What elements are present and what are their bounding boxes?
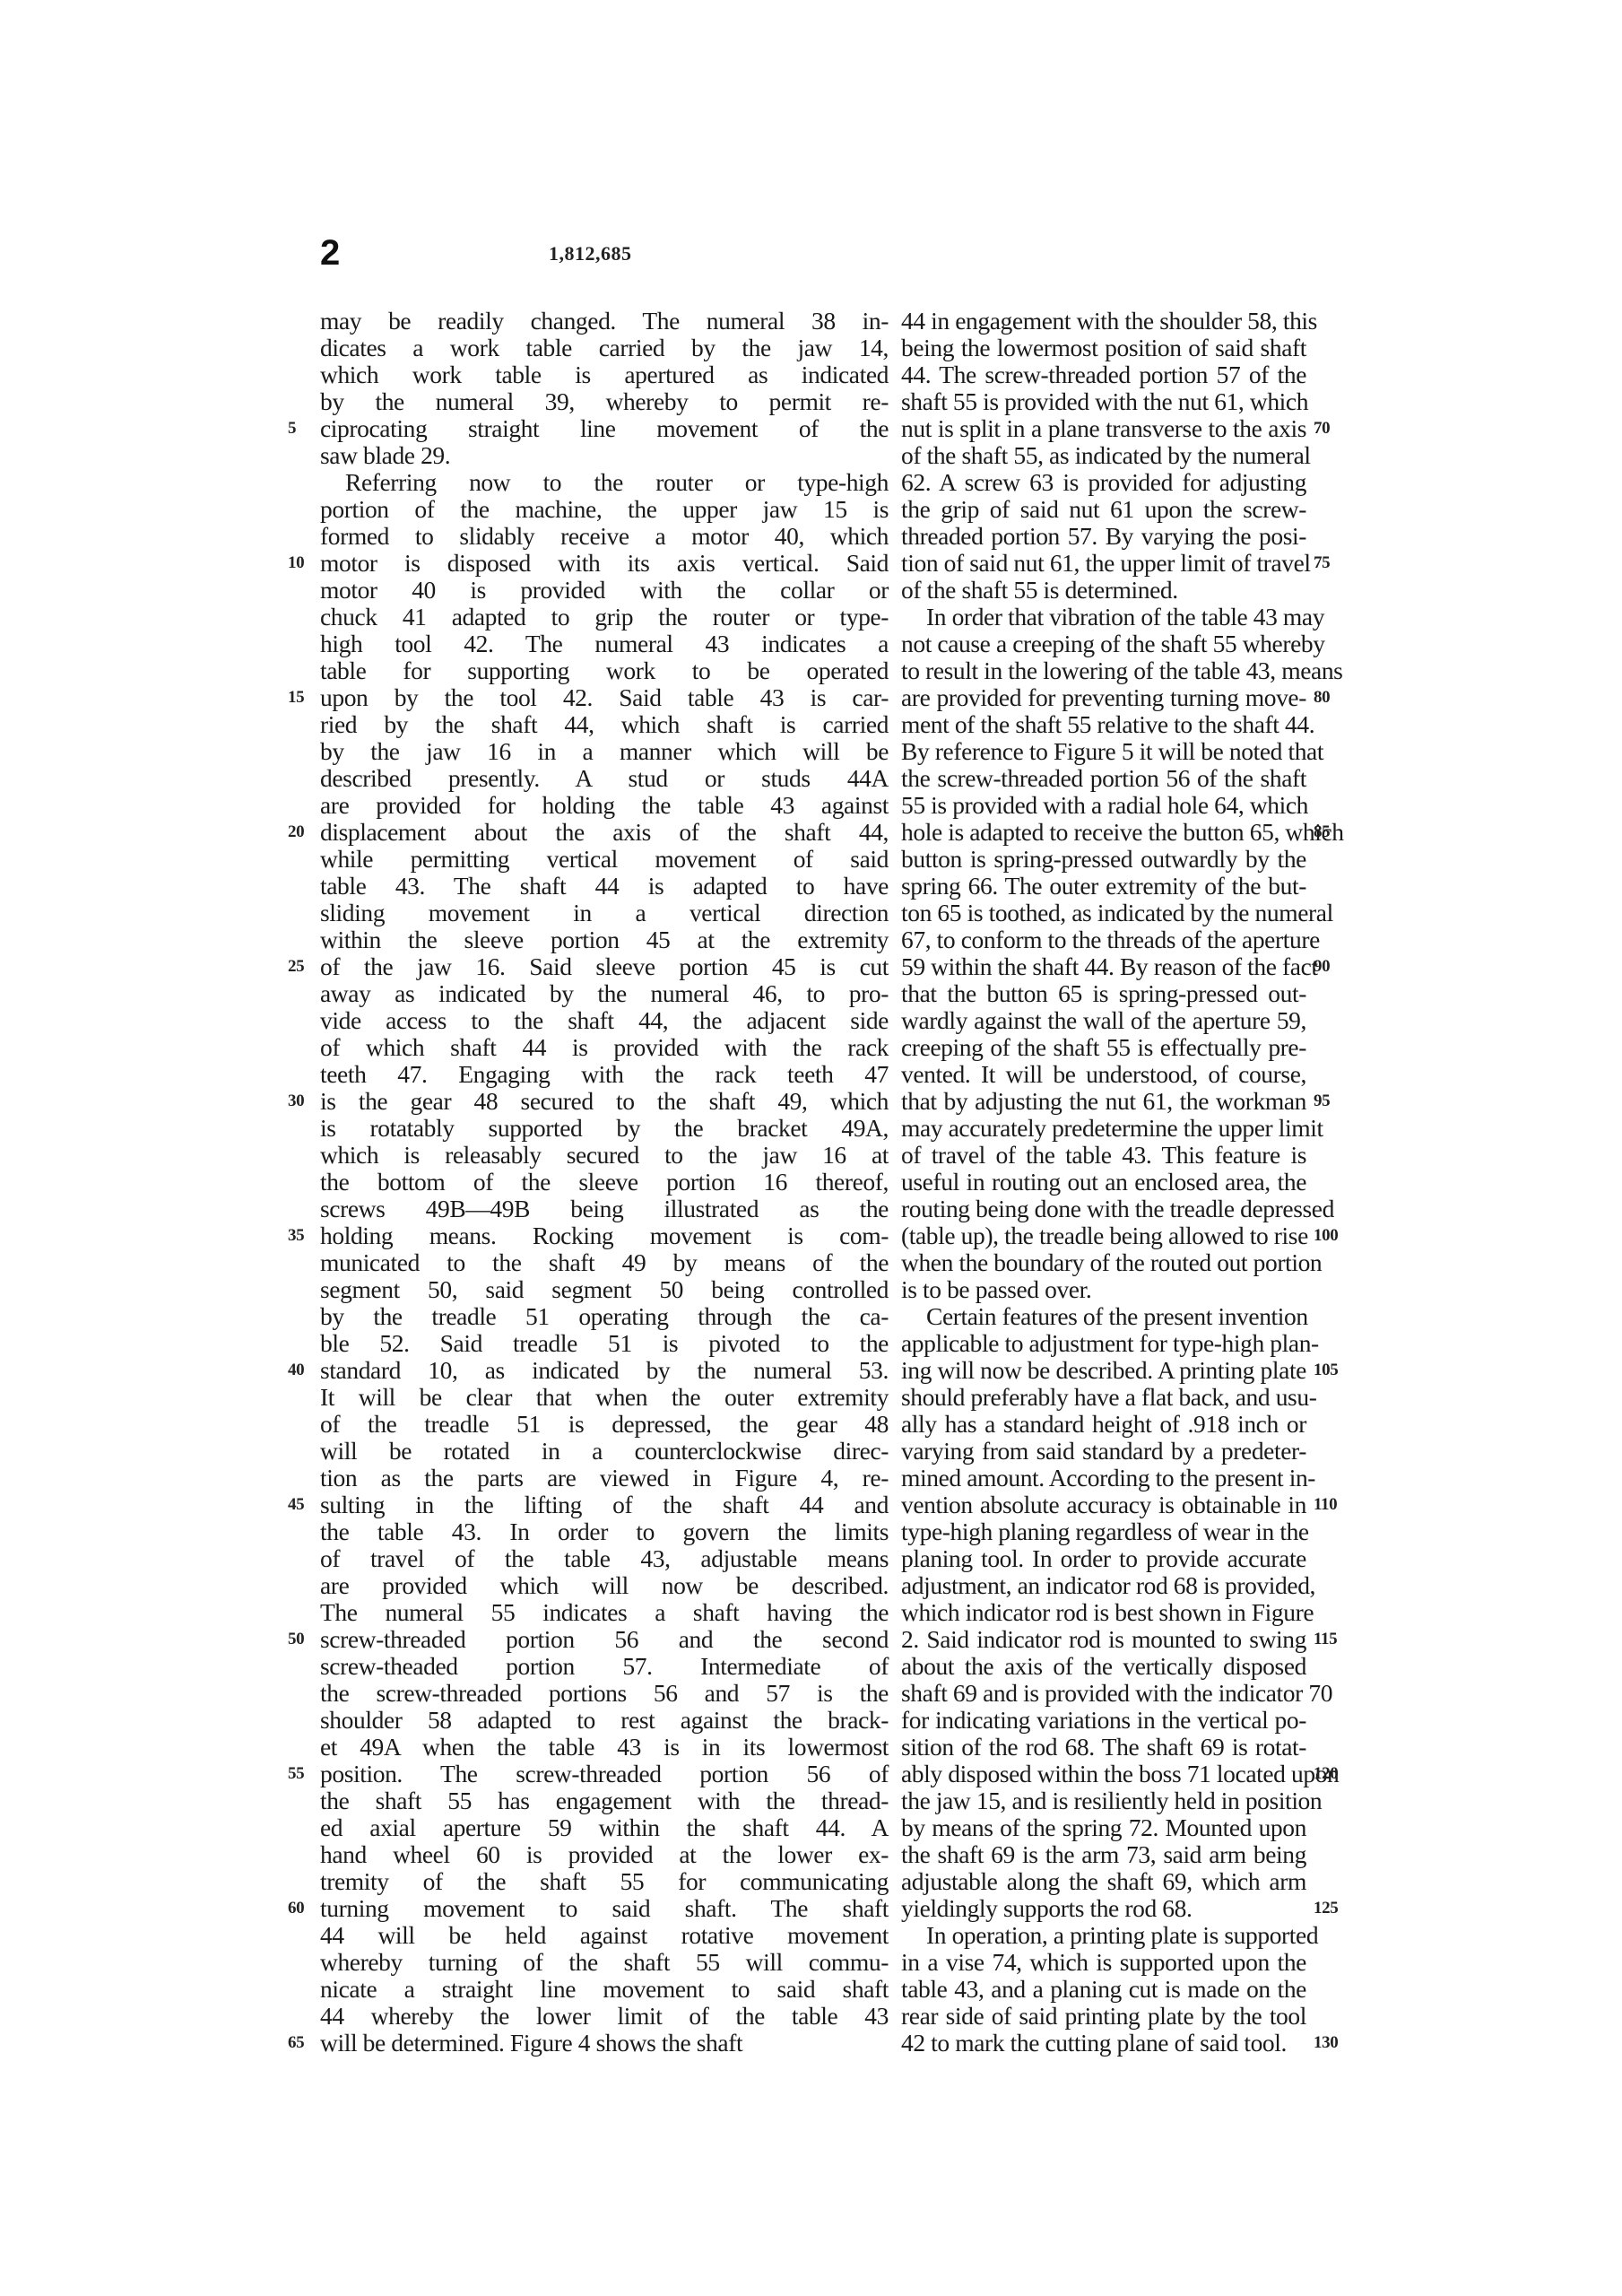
text-line: In order that vibration of the table 43 … <box>901 604 1306 631</box>
text-line: ment of the shaft 55 relative to the sha… <box>901 711 1306 738</box>
text-line: table 43, and a planing cut is made on t… <box>901 1976 1306 2003</box>
line-text: hand wheel 60 is provided at the lower e… <box>320 1840 889 1868</box>
text-line: the bottom of the sleeve portion 16 ther… <box>320 1169 889 1196</box>
line-text: applicable to adjustment for type-high p… <box>901 1329 1319 1357</box>
text-line: 42 to mark the cutting plane of said too… <box>901 2030 1306 2057</box>
text-line: shaft 69 and is provided with the indica… <box>901 1680 1306 1707</box>
line-text: yieldingly supports the rod 68. <box>901 1894 1192 1922</box>
line-text: creeping of the shaft 55 is effectually … <box>901 1033 1306 1061</box>
line-text: ried by the shaft 44, which shaft is car… <box>320 710 889 738</box>
line-text: the shaft 55 has engagement with the thr… <box>320 1787 889 1814</box>
text-line: by the numeral 39, whereby to permit re- <box>320 388 889 415</box>
line-text: that by adjusting the nut 61, the workma… <box>901 1087 1306 1115</box>
line-text: by the treadle 51 operating through the … <box>320 1302 889 1330</box>
text-line: 44 will be held against rotative movemen… <box>320 1922 889 1949</box>
line-text: In order that vibration of the table 43 … <box>926 603 1324 631</box>
line-text: which work table is apertured as indicat… <box>320 361 889 388</box>
line-text: is to be passed over. <box>901 1275 1091 1303</box>
line-text: sliding movement in a vertical direction <box>320 899 889 926</box>
text-line: mined amount. According to the present i… <box>901 1465 1306 1492</box>
line-text: are provided for preventing turning move… <box>901 683 1306 711</box>
line-text: table for supporting work to be operated <box>320 657 889 684</box>
line-text: is the gear 48 secured to the shaft 49, … <box>320 1087 889 1115</box>
text-line: the table 43. In order to govern the lim… <box>320 1518 889 1545</box>
text-line: ed axial aperture 59 within the shaft 44… <box>320 1814 889 1841</box>
text-line: sliding movement in a vertical direction <box>320 900 889 926</box>
line-text: of the shaft 55, as indicated by the num… <box>901 441 1311 469</box>
text-line: Certain features of the present inventio… <box>901 1303 1306 1330</box>
line-text: useful in routing out an enclosed area, … <box>901 1168 1306 1196</box>
line-text: 44. The screw-threaded portion 57 of the <box>901 361 1306 388</box>
line-text: by means of the spring 72. Mounted upon <box>901 1813 1306 1841</box>
line-text: which indicator rod is best shown in Fig… <box>901 1598 1314 1626</box>
line-text: to result in the lowering of the table 4… <box>901 657 1342 684</box>
text-line: type-high planing regardless of wear in … <box>901 1518 1306 1545</box>
text-line: which is releasably secured to the jaw 1… <box>320 1142 889 1169</box>
right-text-column: 44 in engagement with the shoulder 58, t… <box>901 308 1306 2057</box>
text-line: ciprocating straight line movement of th… <box>320 415 889 442</box>
text-line: while permitting vertical movement of sa… <box>320 846 889 873</box>
line-text: the table 43. In order to govern the lim… <box>320 1518 889 1545</box>
line-number: 65 <box>288 2030 304 2057</box>
text-line: screws 49B—49B being illustrated as the <box>320 1196 889 1222</box>
text-line: by the treadle 51 operating through the … <box>320 1303 889 1330</box>
text-line: table for supporting work to be operated <box>320 657 889 684</box>
line-text: the screw-threaded portion 56 of the sha… <box>901 764 1306 792</box>
line-text: dicates a work table carried by the jaw … <box>320 334 889 361</box>
line-text: in a vise 74, which is supported upon th… <box>901 1948 1306 1976</box>
line-text: the grip of said nut 61 upon the screw- <box>901 495 1306 523</box>
line-number: 50 <box>288 1626 304 1653</box>
text-line: may accurately predetermine the upper li… <box>901 1115 1306 1142</box>
line-text: table 43, and a planing cut is made on t… <box>901 1975 1306 2003</box>
line-number: 85 <box>1314 819 1330 846</box>
line-text: hole is adapted to receive the button 65… <box>901 818 1344 846</box>
text-line: sulting in the lifting of the shaft 44 a… <box>320 1492 889 1518</box>
line-text: routing being done with the treadle depr… <box>901 1195 1334 1222</box>
line-text: by the numeral 39, whereby to permit re- <box>320 387 889 415</box>
text-line: of which shaft 44 is provided with the r… <box>320 1034 889 1061</box>
text-line: the grip of said nut 61 upon the screw- <box>901 496 1306 523</box>
line-text: the screw-threaded portions 56 and 57 is… <box>320 1679 889 1707</box>
text-line: segment 50, said segment 50 being contro… <box>320 1276 889 1303</box>
text-line: (table up), the treadle being allowed to… <box>901 1222 1306 1249</box>
line-text: turning movement to said shaft. The shaf… <box>320 1894 889 1922</box>
line-text: rear side of said printing plate by the … <box>901 2002 1306 2030</box>
line-text: nut is split in a plane transverse to th… <box>901 414 1306 442</box>
text-line: of the jaw 16. Said sleeve portion 45 is… <box>320 953 889 980</box>
text-line: is to be passed over. <box>901 1276 1306 1303</box>
line-text: sition of the rod 68. The shaft 69 is ro… <box>901 1733 1306 1761</box>
line-text: ment of the shaft 55 relative to the sha… <box>901 710 1314 738</box>
text-line: shoulder 58 adapted to rest against the … <box>320 1707 889 1734</box>
text-line: high tool 42. The numeral 43 indicates a <box>320 631 889 657</box>
line-text: by the jaw 16 in a manner which will be <box>320 737 889 765</box>
line-text: vented. It will be understood, of course… <box>901 1060 1306 1088</box>
line-text: The numeral 55 indicates a shaft having … <box>320 1598 889 1626</box>
line-text: 44 will be held against rotative movemen… <box>320 1921 889 1949</box>
line-text: motor is disposed with its axis vertical… <box>320 549 889 577</box>
line-number: 75 <box>1314 550 1330 577</box>
text-line: described presently. A stud or studs 44A <box>320 765 889 792</box>
line-text: 59 within the shaft 44. By reason of the… <box>901 952 1318 980</box>
line-text: 42 to mark the cutting plane of said too… <box>901 2029 1287 2057</box>
line-text: the shaft 69 is the arm 73, said arm bei… <box>901 1840 1306 1868</box>
line-text: will be determined. Figure 4 shows the s… <box>320 2029 742 2057</box>
text-line: ally has a standard height of .918 inch … <box>901 1411 1306 1438</box>
line-number: 90 <box>1314 953 1330 980</box>
line-text: screw-threaded portion 56 and the second <box>320 1625 889 1653</box>
text-line: formed to slidably receive a motor 40, w… <box>320 523 889 550</box>
line-text: planing tool. In order to provide accura… <box>901 1544 1306 1572</box>
text-line: shaft 55 is provided with the nut 61, wh… <box>901 388 1306 415</box>
line-number: 120 <box>1314 1761 1338 1787</box>
line-text: tion as the parts are viewed in Figure 4… <box>320 1464 889 1492</box>
text-line: spring 66. The outer extremity of the bu… <box>901 873 1306 900</box>
line-text: teeth 47. Engaging with the rack teeth 4… <box>320 1060 889 1088</box>
text-line: 44 in engagement with the shoulder 58, t… <box>901 308 1306 335</box>
line-number: 10 <box>288 550 304 577</box>
text-line: et 49A when the table 43 is in its lower… <box>320 1734 889 1761</box>
text-line: standard 10, as indicated by the numeral… <box>320 1357 889 1384</box>
text-line: which work table is apertured as indicat… <box>320 361 889 388</box>
text-line: wardly against the wall of the aperture … <box>901 1007 1306 1034</box>
text-line: hole is adapted to receive the button 65… <box>901 819 1306 846</box>
line-number: 15 <box>288 684 304 711</box>
line-text: may accurately predetermine the upper li… <box>901 1114 1323 1142</box>
text-line: nicate a straight line movement to said … <box>320 1976 889 2003</box>
line-text: municated to the shaft 49 by means of th… <box>320 1248 889 1276</box>
text-line: away as indicated by the numeral 46, to … <box>320 980 889 1007</box>
text-line: municated to the shaft 49 by means of th… <box>320 1249 889 1276</box>
text-line: nut is split in a plane transverse to th… <box>901 415 1306 442</box>
text-line: routing being done with the treadle depr… <box>901 1196 1306 1222</box>
line-number: 5 <box>288 415 296 442</box>
line-text: (table up), the treadle being allowed to… <box>901 1222 1308 1249</box>
line-text: whereby turning of the shaft 55 will com… <box>320 1948 889 1976</box>
text-line: useful in routing out an enclosed area, … <box>901 1169 1306 1196</box>
line-text: adjustable along the shaft 69, which arm <box>901 1867 1306 1895</box>
line-text: ton 65 is toothed, as indicated by the n… <box>901 899 1333 926</box>
line-text: that the button 65 is spring-pressed out… <box>901 979 1306 1007</box>
line-number: 115 <box>1314 1626 1337 1653</box>
text-line: is the gear 48 secured to the shaft 49, … <box>320 1088 889 1115</box>
text-line: upon by the tool 42. Said table 43 is ca… <box>320 684 889 711</box>
line-number: 20 <box>288 819 304 846</box>
line-number: 60 <box>288 1895 304 1922</box>
text-line: are provided for preventing turning move… <box>901 684 1306 711</box>
page-number: 2 <box>320 235 340 271</box>
line-text: nicate a straight line movement to said … <box>320 1975 889 2003</box>
line-text: not cause a creeping of the shaft 55 whe… <box>901 630 1325 657</box>
line-text: described presently. A stud or studs 44A <box>320 764 889 792</box>
line-text: may be readily changed. The numeral 38 i… <box>320 307 889 335</box>
text-line: will be rotated in a counterclockwise di… <box>320 1438 889 1465</box>
line-text: type-high planing regardless of wear in … <box>901 1518 1309 1545</box>
text-line: planing tool. In order to provide accura… <box>901 1545 1306 1572</box>
line-text: vide access to the shaft 44, the adjacen… <box>320 1006 889 1034</box>
text-line: The numeral 55 indicates a shaft having … <box>320 1599 889 1626</box>
line-text: for indicating variations in the vertica… <box>901 1706 1306 1734</box>
line-text: ed axial aperture 59 within the shaft 44… <box>320 1813 889 1841</box>
line-text: ing will now be described. A printing pl… <box>901 1356 1306 1384</box>
text-line: 44. The screw-threaded portion 57 of the <box>901 361 1306 388</box>
line-text: of the treadle 51 is depressed, the gear… <box>320 1410 889 1438</box>
line-number: 40 <box>288 1357 304 1384</box>
line-text: Certain features of the present inventio… <box>926 1302 1308 1330</box>
text-line: ton 65 is toothed, as indicated by the n… <box>901 900 1306 926</box>
text-line: motor is disposed with its axis vertical… <box>320 550 889 577</box>
line-text: Referring now to the router or type-high <box>345 468 889 496</box>
text-line: varying from said standard by a predeter… <box>901 1438 1306 1465</box>
text-line: 59 within the shaft 44. By reason of the… <box>901 953 1306 980</box>
text-line: whereby turning of the shaft 55 will com… <box>320 1949 889 1976</box>
line-text: 62. A screw 63 is provided for adjusting <box>901 468 1306 496</box>
text-line: saw blade 29. <box>320 442 889 469</box>
text-line: for indicating variations in the vertica… <box>901 1707 1306 1734</box>
text-line: being the lowermost position of said sha… <box>901 335 1306 361</box>
line-text: are provided which will now be described… <box>320 1571 889 1599</box>
line-number: 95 <box>1314 1088 1330 1115</box>
line-text: 44 in engagement with the shoulder 58, t… <box>901 307 1317 335</box>
line-text: are provided for holding the table 43 ag… <box>320 791 889 819</box>
line-text: ally has a standard height of .918 inch … <box>901 1410 1306 1438</box>
line-text: spring 66. The outer extremity of the bu… <box>901 872 1306 900</box>
text-line: not cause a creeping of the shaft 55 whe… <box>901 631 1306 657</box>
line-text: saw blade 29. <box>320 441 450 469</box>
text-line: vention absolute accuracy is obtainable … <box>901 1492 1306 1518</box>
line-text: of travel of the table 43. This feature … <box>901 1141 1306 1169</box>
left-text-column: may be readily changed. The numeral 38 i… <box>320 308 889 2057</box>
line-text: By reference to Figure 5 it will be note… <box>901 737 1323 765</box>
line-text: ably disposed within the boss 71 located… <box>901 1760 1339 1787</box>
text-line: are provided for holding the table 43 ag… <box>320 792 889 819</box>
line-text: sulting in the lifting of the shaft 44 a… <box>320 1491 889 1518</box>
line-text: when the boundary of the routed out port… <box>901 1248 1322 1276</box>
text-line: are provided which will now be described… <box>320 1572 889 1599</box>
line-text: of the jaw 16. Said sleeve portion 45 is… <box>320 952 889 980</box>
text-line: is rotatably supported by the bracket 49… <box>320 1115 889 1142</box>
line-text: chuck 41 adapted to grip the router or t… <box>320 603 889 631</box>
text-line: that by adjusting the nut 61, the workma… <box>901 1088 1306 1115</box>
text-line: when the boundary of the routed out port… <box>901 1249 1306 1276</box>
line-number: 110 <box>1314 1492 1337 1518</box>
text-line: to result in the lowering of the table 4… <box>901 657 1306 684</box>
text-line: of travel of the table 43. This feature … <box>901 1142 1306 1169</box>
text-line: screw-threaded portion 56 and the second… <box>320 1626 889 1653</box>
line-number: 45 <box>288 1492 304 1518</box>
line-text: which is releasably secured to the jaw 1… <box>320 1141 889 1169</box>
line-text: is rotatably supported by the bracket 49… <box>320 1114 889 1142</box>
line-text: screws 49B—49B being illustrated as the <box>320 1195 889 1222</box>
text-line: turning movement to said shaft. The shaf… <box>320 1895 889 1922</box>
line-text: displacement about the axis of the shaft… <box>320 818 889 846</box>
text-line: rear side of said printing plate by the … <box>901 2003 1306 2030</box>
line-text: about the axis of the vertically dispose… <box>901 1652 1306 1680</box>
text-line: ried by the shaft 44, which shaft is car… <box>320 711 889 738</box>
text-line: It will be clear that when the outer ext… <box>320 1384 889 1411</box>
line-text: the bottom of the sleeve portion 16 ther… <box>320 1168 889 1196</box>
line-text: table 43. The shaft 44 is adapted to hav… <box>320 872 889 900</box>
line-text: It will be clear that when the outer ext… <box>320 1383 889 1411</box>
line-number: 80 <box>1314 684 1330 711</box>
text-line: tion of said nut 61, the upper limit of … <box>901 550 1306 577</box>
patent-number: 1,812,685 <box>549 242 632 265</box>
line-text: will be rotated in a counterclockwise di… <box>320 1437 889 1465</box>
line-text: shoulder 58 adapted to rest against the … <box>320 1706 889 1734</box>
text-line: should preferably have a flat back, and … <box>901 1384 1306 1411</box>
text-line: the jaw 15, and is resiliently held in p… <box>901 1787 1306 1814</box>
text-line: tion as the parts are viewed in Figure 4… <box>320 1465 889 1492</box>
line-text: button is spring-pressed outwardly by th… <box>901 845 1306 873</box>
text-line: 55 is provided with a radial hole 64, wh… <box>901 792 1306 819</box>
text-line: the screw-threaded portion 56 of the sha… <box>901 765 1306 792</box>
text-line: vide access to the shaft 44, the adjacen… <box>320 1007 889 1034</box>
line-text: tremity of the shaft 55 for communicatin… <box>320 1867 889 1895</box>
line-text: formed to slidably receive a motor 40, w… <box>320 522 889 550</box>
text-line: that the button 65 is spring-pressed out… <box>901 980 1306 1007</box>
line-text: wardly against the wall of the aperture … <box>901 1006 1306 1034</box>
text-line: creeping of the shaft 55 is effectually … <box>901 1034 1306 1061</box>
text-line: displacement about the axis of the shaft… <box>320 819 889 846</box>
line-number: 105 <box>1314 1357 1338 1384</box>
line-number: 30 <box>288 1088 304 1115</box>
line-text: shaft 69 and is provided with the indica… <box>901 1679 1332 1707</box>
line-text: within the sleeve portion 45 at the extr… <box>320 926 889 953</box>
line-number: 70 <box>1314 415 1330 442</box>
line-text: screw-theaded portion 57. Intermediate o… <box>320 1652 889 1680</box>
line-number: 25 <box>288 953 304 980</box>
line-text: of travel of the table 43, adjustable me… <box>320 1544 889 1572</box>
text-line: holding means. Rocking movement is com-3… <box>320 1222 889 1249</box>
text-line: chuck 41 adapted to grip the router or t… <box>320 604 889 631</box>
text-line: vented. It will be understood, of course… <box>901 1061 1306 1088</box>
text-line: 67, to conform to the threads of the ape… <box>901 926 1306 953</box>
line-text: the jaw 15, and is resiliently held in p… <box>901 1787 1322 1814</box>
text-line: may be readily changed. The numeral 38 i… <box>320 308 889 335</box>
text-line: portion of the machine, the upper jaw 15… <box>320 496 889 523</box>
line-text: upon by the tool 42. Said table 43 is ca… <box>320 683 889 711</box>
text-line: Referring now to the router or type-high <box>320 469 889 496</box>
text-line: By reference to Figure 5 it will be note… <box>901 738 1306 765</box>
text-line: screw-theaded portion 57. Intermediate o… <box>320 1653 889 1680</box>
text-line: ably disposed within the boss 71 located… <box>901 1761 1306 1787</box>
line-text: 55 is provided with a radial hole 64, wh… <box>901 791 1308 819</box>
line-number: 100 <box>1314 1222 1338 1249</box>
text-line: hand wheel 60 is provided at the lower e… <box>320 1841 889 1868</box>
text-line: within the sleeve portion 45 at the extr… <box>320 926 889 953</box>
text-line: motor 40 is provided with the collar or <box>320 577 889 604</box>
text-line: in a vise 74, which is supported upon th… <box>901 1949 1306 1976</box>
line-text: In operation, a printing plate is suppor… <box>926 1921 1318 1949</box>
line-text: adjustment, an indicator rod 68 is provi… <box>901 1571 1315 1599</box>
line-text: of the shaft 55 is determined. <box>901 576 1178 604</box>
line-text: ble 52. Said treadle 51 is pivoted to th… <box>320 1329 889 1357</box>
line-text: mined amount. According to the present i… <box>901 1464 1315 1492</box>
text-line: threaded portion 57. By varying the posi… <box>901 523 1306 550</box>
text-line: of travel of the table 43, adjustable me… <box>320 1545 889 1572</box>
text-line: 62. A screw 63 is provided for adjusting <box>901 469 1306 496</box>
text-line: of the shaft 55, as indicated by the num… <box>901 442 1306 469</box>
text-line: the shaft 55 has engagement with the thr… <box>320 1787 889 1814</box>
text-line: sition of the rod 68. The shaft 69 is ro… <box>901 1734 1306 1761</box>
text-line: table 43. The shaft 44 is adapted to hav… <box>320 873 889 900</box>
line-text: motor 40 is provided with the collar or <box>320 576 889 604</box>
text-line: will be determined. Figure 4 shows the s… <box>320 2030 889 2057</box>
text-line: of the treadle 51 is depressed, the gear… <box>320 1411 889 1438</box>
line-text: position. The screw-threaded portion 56 … <box>320 1760 889 1787</box>
text-line: which indicator rod is best shown in Fig… <box>901 1599 1306 1626</box>
text-line: ble 52. Said treadle 51 is pivoted to th… <box>320 1330 889 1357</box>
text-line: ing will now be described. A printing pl… <box>901 1357 1306 1384</box>
line-text: holding means. Rocking movement is com- <box>320 1222 889 1249</box>
text-line: adjustable along the shaft 69, which arm <box>901 1868 1306 1895</box>
line-number: 130 <box>1314 2030 1338 2057</box>
text-line: adjustment, an indicator rod 68 is provi… <box>901 1572 1306 1599</box>
line-text: 2. Said indicator rod is mounted to swin… <box>901 1625 1306 1653</box>
line-text: ciprocating straight line movement of th… <box>320 414 889 442</box>
line-text: should preferably have a flat back, and … <box>901 1383 1316 1411</box>
text-line: applicable to adjustment for type-high p… <box>901 1330 1306 1357</box>
text-line: position. The screw-threaded portion 56 … <box>320 1761 889 1787</box>
line-text: 44 whereby the lower limit of the table … <box>320 2002 889 2030</box>
text-line: about the axis of the vertically dispose… <box>901 1653 1306 1680</box>
text-line: the shaft 69 is the arm 73, said arm bei… <box>901 1841 1306 1868</box>
text-line: 44 whereby the lower limit of the table … <box>320 2003 889 2030</box>
line-text: away as indicated by the numeral 46, to … <box>320 979 889 1007</box>
line-text: while permitting vertical movement of sa… <box>320 845 889 873</box>
text-line: In operation, a printing plate is suppor… <box>901 1922 1306 1949</box>
line-text: varying from said standard by a predeter… <box>901 1437 1306 1465</box>
line-text: portion of the machine, the upper jaw 15… <box>320 495 889 523</box>
line-text: segment 50, said segment 50 being contro… <box>320 1275 889 1303</box>
text-line: by the jaw 16 in a manner which will be <box>320 738 889 765</box>
line-number: 55 <box>288 1761 304 1787</box>
line-text: threaded portion 57. By varying the posi… <box>901 522 1306 550</box>
text-line: dicates a work table carried by the jaw … <box>320 335 889 361</box>
line-text: et 49A when the table 43 is in its lower… <box>320 1733 889 1761</box>
text-line: tremity of the shaft 55 for communicatin… <box>320 1868 889 1895</box>
line-text: shaft 55 is provided with the nut 61, wh… <box>901 387 1308 415</box>
line-number: 35 <box>288 1222 304 1249</box>
line-text: tion of said nut 61, the upper limit of … <box>901 549 1311 577</box>
line-text: of which shaft 44 is provided with the r… <box>320 1033 889 1061</box>
line-number: 125 <box>1314 1895 1338 1922</box>
text-line: the screw-threaded portions 56 and 57 is… <box>320 1680 889 1707</box>
text-line: teeth 47. Engaging with the rack teeth 4… <box>320 1061 889 1088</box>
line-text: being the lowermost position of said sha… <box>901 334 1306 361</box>
text-line: button is spring-pressed outwardly by th… <box>901 846 1306 873</box>
line-text: high tool 42. The numeral 43 indicates a <box>320 630 889 657</box>
text-line: yieldingly supports the rod 68.125 <box>901 1895 1306 1922</box>
text-line: of the shaft 55 is determined. <box>901 577 1306 604</box>
line-text: 67, to conform to the threads of the ape… <box>901 926 1320 953</box>
line-text: standard 10, as indicated by the numeral… <box>320 1356 889 1384</box>
text-line: by means of the spring 72. Mounted upon <box>901 1814 1306 1841</box>
line-text: vention absolute accuracy is obtainable … <box>901 1491 1306 1518</box>
text-line: 2. Said indicator rod is mounted to swin… <box>901 1626 1306 1653</box>
